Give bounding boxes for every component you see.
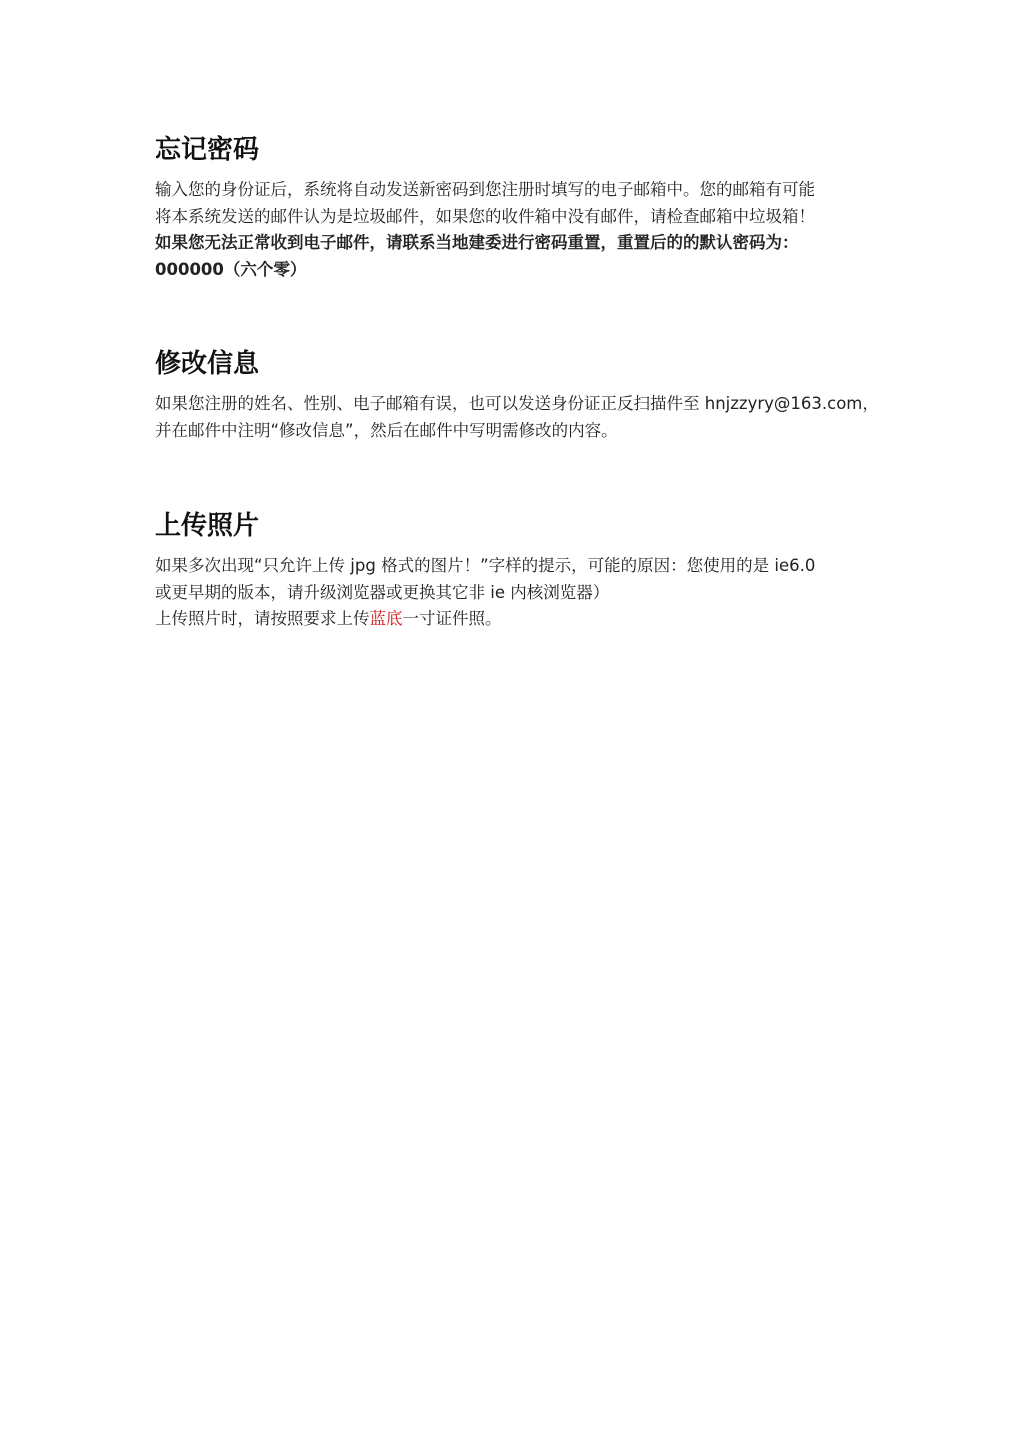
paragraph-line: 并在邮件中注明“修改信息”，然后在邮件中写明需修改的内容。 [155, 418, 895, 445]
paragraph-line: 如果多次出现“只允许上传 jpg 格式的图片！”字样的提示，可能的原因：您使用的… [155, 553, 895, 580]
section-title: 修改信息 [155, 347, 895, 381]
section-modify-info: 修改信息 如果您注册的姓名、性别、电子邮箱有误，也可以发送身份证正反扫描件至 h… [155, 347, 895, 444]
paragraph-line: 输入您的身份证后，系统将自动发送新密码到您注册时填写的电子邮箱中。您的邮箱有可能 [155, 177, 895, 204]
text-before: 上传照片时，请按照要求上传 [155, 609, 370, 628]
bold-notice-line: 如果您无法正常收到电子邮件，请联系当地建委进行密码重置，重置后的的默认密码为： [155, 230, 895, 257]
highlight-blue-background: 蓝底 [370, 609, 403, 628]
text-after: 一寸证件照。 [403, 609, 502, 628]
photo-requirement-line: 上传照片时，请按照要求上传蓝底一寸证件照。 [155, 606, 895, 633]
paragraph-line: 如果您注册的姓名、性别、电子邮箱有误，也可以发送身份证正反扫描件至 hnjzzy… [155, 391, 895, 418]
section-title: 忘记密码 [155, 133, 895, 167]
section-forgot-password: 忘记密码 输入您的身份证后，系统将自动发送新密码到您注册时填写的电子邮箱中。您的… [155, 133, 895, 283]
section-title: 上传照片 [155, 509, 895, 543]
paragraph-line: 或更早期的版本，请升级浏览器或更换其它非 ie 内核浏览器） [155, 580, 895, 607]
paragraph-line: 将本系统发送的邮件认为是垃圾邮件，如果您的收件箱中没有邮件，请检查邮箱中垃圾箱！ [155, 204, 895, 231]
section-upload-photo: 上传照片 如果多次出现“只允许上传 jpg 格式的图片！”字样的提示，可能的原因… [155, 509, 895, 633]
default-password-line: 000000（六个零） [155, 257, 895, 284]
